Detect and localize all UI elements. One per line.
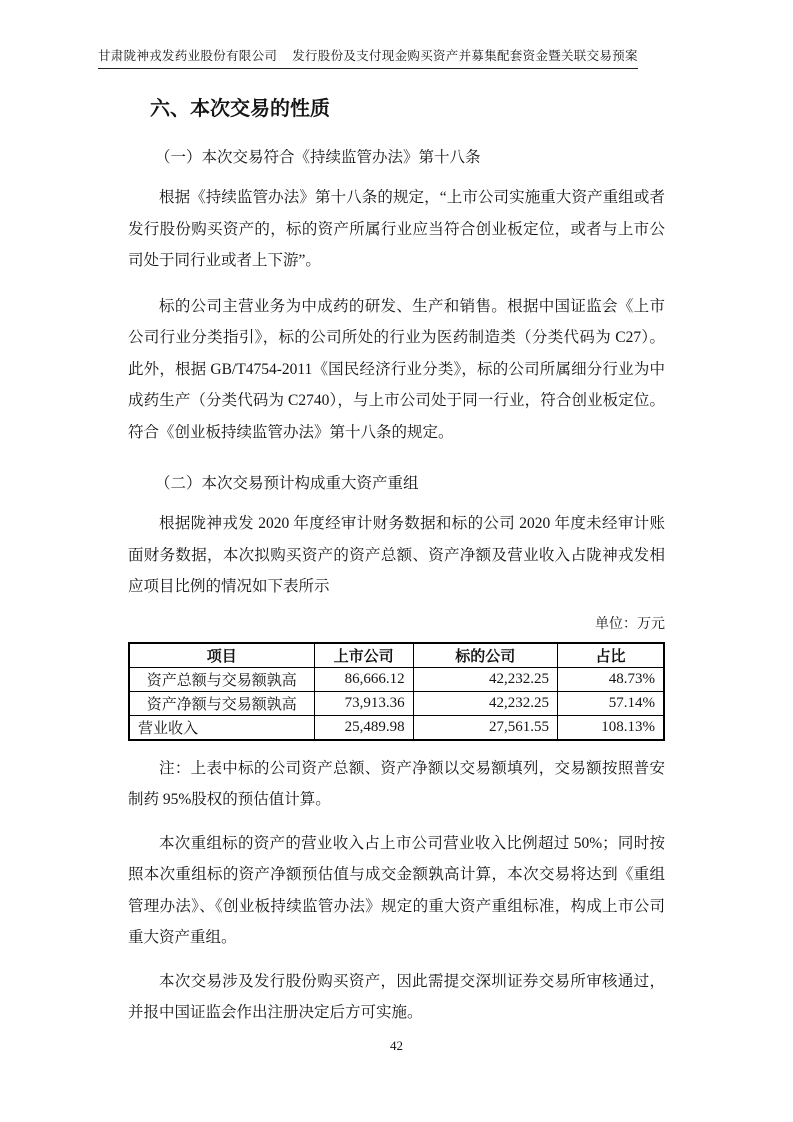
header-doc-title: 发行股份及支付现金购买资产并募集配套资金暨关联交易预案 (292, 49, 638, 63)
table-row-total-assets: 资产总额与交易额孰高 86,666.12 42,232.25 48.73% (129, 667, 664, 691)
page-number: 42 (0, 1038, 793, 1054)
table-cell-listed-value: 25,489.98 (314, 715, 413, 740)
document-page: 甘肃陇神戎发药业股份有限公司发行股份及支付现金购买资产并募集配套资金暨关联交易预… (0, 0, 793, 1122)
subsection-1-heading: （一）本次交易符合《持续监管办法》第十八条 (155, 146, 665, 170)
table-cell-item: 资产净额与交易额孰高 (129, 691, 314, 715)
table-cell-listed-value: 73,913.36 (314, 691, 413, 715)
table-cell-target-value: 42,232.25 (413, 667, 557, 691)
header-rule-text: 甘肃陇神戎发药业股份有限公司发行股份及支付现金购买资产并募集配套资金暨关联交易预… (98, 46, 638, 69)
table-cell-ratio: 108.13% (558, 715, 664, 740)
table-cell-ratio: 57.14% (558, 691, 664, 715)
document-body: 六、本次交易的性质 （一）本次交易符合《持续监管办法》第十八条 根据《持续监管办… (128, 96, 665, 1029)
paragraph-3: 根据陇神戎发 2020 年度经审计财务数据和标的公司 2020 年度未经审计账面… (128, 508, 665, 603)
paragraph-4: 本次重组标的资产的营业收入占上市公司营业收入比例超过 50%；同时按照本次重组标… (128, 828, 665, 954)
page-header: 甘肃陇神戎发药业股份有限公司发行股份及支付现金购买资产并募集配套资金暨关联交易预… (98, 46, 698, 69)
table-note: 注：上表中标的公司资产总额、资产净额以交易额填列，交易额按照普安制药 95%股权… (128, 753, 665, 816)
paragraph-1: 根据《持续监管办法》第十八条的规定，“上市公司实施重大资产重组或者发行股份购买资… (128, 182, 665, 277)
table-cell-item: 资产总额与交易额孰高 (129, 667, 314, 691)
header-company-name: 甘肃陇神戎发药业股份有限公司 (98, 49, 277, 63)
table-cell-target-value: 42,232.25 (413, 691, 557, 715)
table-header-row: 项目 上市公司 标的公司 占比 (129, 643, 664, 668)
table-cell-target-value: 27,561.55 (413, 715, 557, 740)
table-header-target-company: 标的公司 (413, 643, 557, 668)
paragraph-5: 本次交易涉及发行股份购买资产，因此需提交深圳证券交易所审核通过，并报中国证监会作… (128, 966, 665, 1029)
table-header-ratio: 占比 (558, 643, 664, 668)
subsection-2-heading: （二）本次交易预计构成重大资产重组 (155, 472, 665, 496)
table-cell-ratio: 48.73% (558, 667, 664, 691)
table-row-net-assets: 资产净额与交易额孰高 73,913.36 42,232.25 57.14% (129, 691, 664, 715)
table-unit-label: 单位：万元 (128, 615, 665, 635)
table-row-operating-revenue: 营业收入 25,489.98 27,561.55 108.13% (129, 715, 664, 740)
section-title: 六、本次交易的性质 (150, 96, 665, 122)
table-cell-item: 营业收入 (129, 715, 314, 740)
paragraph-2: 标的公司主营业务为中成药的研发、生产和销售。根据中国证监会《上市公司行业分类指引… (128, 291, 665, 449)
table-header-item: 项目 (129, 643, 314, 668)
financial-ratio-table: 项目 上市公司 标的公司 占比 资产总额与交易额孰高 86,666.12 42,… (128, 642, 665, 741)
table-cell-listed-value: 86,666.12 (314, 667, 413, 691)
table-header-listed-company: 上市公司 (314, 643, 413, 668)
